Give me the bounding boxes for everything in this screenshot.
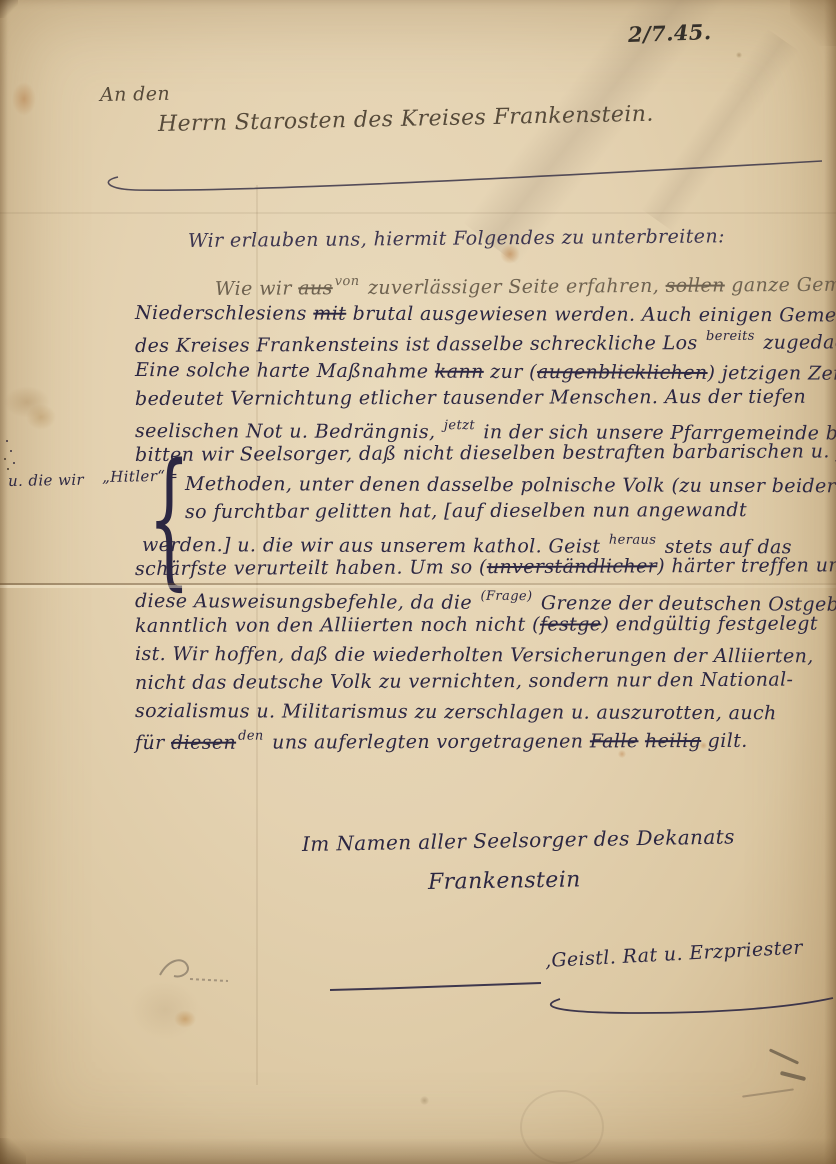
handwriting-text: zur ( (484, 361, 537, 383)
smudge-mark (742, 1088, 794, 1097)
handwriting-text: für (135, 732, 171, 754)
handwriting-text: so furchtbar gelitten hat, [auf dieselbe… (185, 499, 747, 523)
handwriting-text: bitten wir Seelsorger, daß nicht dieselb… (135, 440, 836, 466)
handwriting-text: Methoden, unter denen dasselbe polnische… (185, 473, 836, 497)
stain (130, 980, 200, 1040)
handwriting-line: werden.] u. die wir aus unserem kathol. … (142, 532, 792, 557)
handwriting-text: bedeutet Vernichtung etlicher tausender … (135, 386, 806, 410)
handwriting-text: ) jetzigen Zeit (708, 362, 836, 385)
handwriting-text: kanntlich von den Alliierten noch nicht … (135, 614, 540, 637)
handwriting-line: Methoden, unter denen dasselbe polnische… (185, 475, 836, 497)
inserted-word: (Frage) (481, 589, 533, 604)
stain (12, 82, 36, 116)
handwriting-line: kanntlich von den Alliierten noch nicht … (135, 615, 818, 636)
handwriting-text: Niederschlesiens (135, 302, 313, 325)
address-line-1: An den (100, 85, 170, 105)
struck-word: aus (298, 277, 333, 299)
handwriting-line: für diesenden uns auferlegten vorgetrage… (135, 728, 748, 753)
handwriting-line: schärfste verurteilt haben. Um so (unver… (135, 556, 836, 579)
handwriting-text: Wie wir (215, 277, 298, 300)
handwriting-line: seelischen Not u. Bedrängnis, jetzt in d… (135, 418, 836, 444)
handwriting-line: nicht das deutsche Volk zu vernichten, s… (135, 671, 793, 693)
closing-line-2: Frankenstein (428, 869, 581, 894)
freckle (736, 52, 742, 58)
handwriting-text: sozialismus u. Militarismus zu zerschlag… (135, 700, 777, 724)
stain (26, 404, 56, 430)
handwriting-line: Niederschlesiens mit brutal ausgewiesen … (135, 304, 836, 326)
handwriting-line: des Kreises Frankensteins ist dasselbe s… (135, 329, 836, 356)
handwriting-line: bitten wir Seelsorger, daß nicht dieselb… (135, 442, 836, 465)
handwriting-line: ist. Wir hoffen, daß die wiederholten Ve… (135, 645, 814, 666)
handwriting-text: nicht das deutsche Volk zu vernichten, s… (135, 669, 793, 694)
fold-crease-faint (0, 212, 836, 214)
inserted-word: bereits (706, 329, 755, 344)
struck-word: diesen (171, 732, 236, 754)
handwriting-text: ) härter treffen uns (657, 554, 836, 577)
handwriting-line: so furchtbar gelitten hat, [auf dieselbe… (185, 501, 747, 522)
freckle (420, 1096, 429, 1105)
inserted-word: heraus (609, 533, 657, 548)
handwriting-line: sozialismus u. Militarismus zu zerschlag… (135, 702, 777, 723)
handwriting-text: ist. Wir hoffen, daß die wiederholten Ve… (135, 643, 814, 667)
pencil-dashes (190, 979, 228, 981)
handwriting-text: gilt. (701, 730, 748, 752)
edge-shadow (824, 0, 836, 1164)
struck-word: sollen (666, 274, 725, 296)
margin-note-1: u. die wir (8, 473, 84, 489)
handwriting-text: schärfste verurteilt haben. Um so ( (135, 556, 487, 580)
smudge-mark (780, 1071, 806, 1081)
inserted-word: jetzt (444, 418, 475, 433)
handwriting-text: zuverlässiger Seite erfahren, (361, 275, 665, 299)
struck-word: festge (540, 613, 602, 635)
handwriting-text: uns auferlegten vorgetragenen (266, 730, 590, 753)
inserted-word: den (238, 729, 264, 744)
handwriting-text: des Kreises Frankensteins ist dasselbe s… (135, 332, 704, 357)
struck-word: augenblicklichen (537, 361, 708, 384)
pencil-smudge (160, 960, 188, 976)
handwriting-text: werden.] u. die wir aus unserem kathol. … (142, 534, 607, 558)
handwriting-line: Wie wir ausvon zuverlässiger Seite erfah… (215, 271, 836, 299)
smudge-mark (769, 1048, 799, 1064)
edge-shadow (0, 0, 8, 1164)
handwriting-text: Eine solche harte Maßnahme (135, 359, 435, 383)
edge-shadow (0, 1138, 836, 1164)
inserted-word: von (335, 274, 360, 289)
letter-date: 2/7.45. (628, 21, 712, 45)
fold-crease-highlight (0, 585, 836, 588)
handwriting-text: ) endgültig festgelegt (601, 613, 818, 636)
signature: ‚Geistl. Rat u. Erzpriester (545, 939, 804, 971)
letter-page: 2/7.45. An den Herrn Starosten des Kreis… (0, 0, 836, 1164)
handwriting-line: bedeutet Vernichtung etlicher tausender … (135, 388, 806, 409)
handwriting-line: Eine solche harte Maßnahme kann zur (aug… (135, 361, 836, 384)
struck-word: mit (313, 303, 346, 325)
handwriting-text: diese Ausweisungsbefehle, da die (135, 590, 479, 614)
struck-word: kann (435, 361, 484, 383)
struck-word: unverständlicher (487, 555, 658, 578)
handwriting-text: seelischen Not u. Bedrängnis, (135, 420, 442, 443)
signature-underline (551, 998, 833, 1013)
handwriting-text: ganze Gemeinden (725, 273, 836, 296)
opening-line: Wir erlauben uns, hiermit Folgendes zu u… (188, 227, 725, 251)
struck-word: heilig (645, 730, 701, 752)
handwriting-line: diese Ausweisungsbefehle, da die (Frage)… (135, 588, 836, 615)
handwriting-text: brutal ausgewiesen werden. Auch einigen … (346, 303, 836, 327)
closing-line-1: Im Namen aller Seelsorger des Dekanats (302, 826, 735, 854)
struck-word: Falle (590, 730, 639, 752)
signature-left-line (330, 983, 541, 990)
